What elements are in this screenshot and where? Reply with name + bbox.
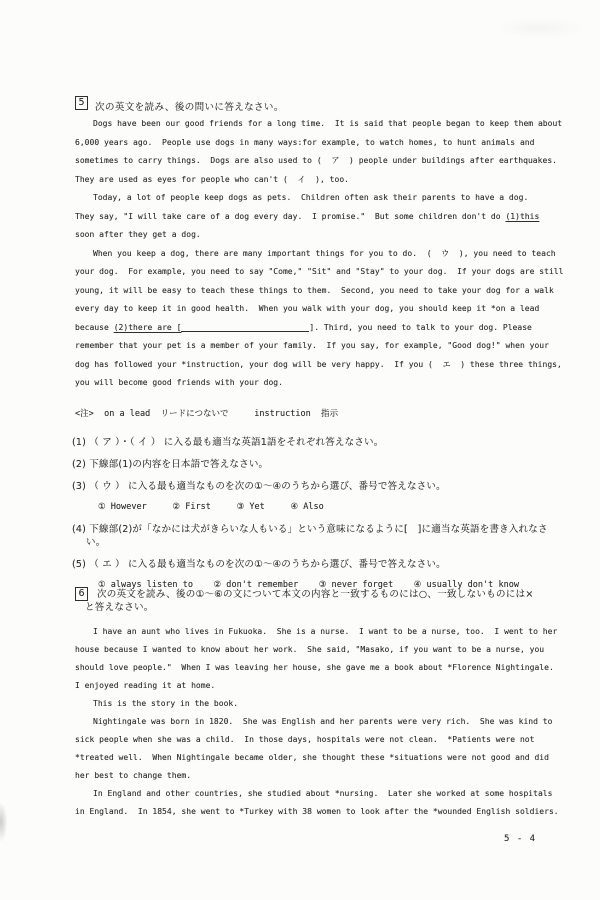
text-line: house because I wanted to know about her… [75,641,543,659]
text-segment: because [75,323,114,332]
fill-in-blank [181,323,309,332]
vocabulary-notes: <注> on a lead リードにつないで instruction 指示 [75,407,550,419]
underlined-phrase-1: (1)this [505,212,539,221]
text-line: your dog. For example, you need to say "… [75,263,550,282]
text-line: in England. In 1854, she went to *Turkey… [75,803,543,821]
text-line: When you keep a dog, there are many impo… [75,245,550,264]
exam-page: 5次の英文を読み、後の問いに答えなさい。 Dogs have been our … [0,0,600,900]
underlined-phrase-2: (2)there are [ [114,323,182,332]
text-line: Today, a lot of people keep dogs as pets… [75,189,550,208]
question-4: (4) 下線部(2)が「なかには犬がきらいな人もいる」という意味になるように[ … [72,523,548,549]
text-line: her best to change them. [75,767,543,785]
section6-passage: I have an aunt who lives in Fukuoka. She… [75,623,543,821]
question-5: (5) （ エ ） に入る最も適当なものを次の①〜④のうちから選び、番号で答えな… [72,558,548,571]
text-line: sometimes to carry things. Dogs are also… [75,152,550,171]
text-line: dog has followed your *instruction, your… [75,356,550,375]
text-line: *treated well. When Nightingale became o… [75,749,543,767]
section6-instruction: 次の英文を読み、後の①〜⑥の文について本文の内容と一致するものには○、一致しない… [85,589,543,614]
section5-questions: (1) （ ア ）・（ イ ） に入る最も適当な英語1語をそれぞれ答えなさい。 … [72,436,548,601]
text-line: soon after they get a dog. [75,226,550,245]
text-line: 6,000 years ago. People use dogs in many… [75,134,550,153]
text-line: I have an aunt who lives in Fukuoka. She… [75,623,543,641]
section5-passage: Dogs have been our good friends for a lo… [75,115,550,393]
text-line: should love people." When I was leaving … [75,659,543,677]
page-number: 5 - 4 [504,834,536,844]
text-segment: ]. Third, you need to talk to your dog. … [309,323,531,332]
text-line: This is the story in the book. [75,695,543,713]
question-1: (1) （ ア ）・（ イ ） に入る最も適当な英語1語をそれぞれ答えなさい。 [72,436,548,449]
text-line: Nightingale was born in 1820. She was En… [75,713,543,731]
text-line: Dogs have been our good friends for a lo… [75,115,550,134]
section6: 次の英文を読み、後の①〜⑥の文について本文の内容と一致するものには○、一致しない… [85,589,543,821]
text-line: They are used as eyes for people who can… [75,171,550,190]
text-line: They say, "I will take care of a dog eve… [75,208,550,227]
question-3: (3) （ ウ ） に入る最も適当なものを次の①〜④のうちから選び、番号で答えな… [72,480,548,493]
text-line: remember that your pet is a member of yo… [75,337,550,356]
section5-number-box: 5 [75,96,88,110]
text-line: In England and other countries, she stud… [75,785,543,803]
text-line: you will become good friends with your d… [75,374,550,393]
section5-instruction: 次の英文を読み、後の問いに答えなさい。 [95,102,284,113]
question-2: (2) 下線部(1)の内容を日本語で答えなさい。 [72,458,548,471]
text-line: because (2)there are []. Third, you need… [75,319,550,338]
question-3-options: ① However ② First ③ Yet ④ Also [98,502,548,513]
text-line: sick people when she was a child. In tho… [75,731,543,749]
text-line: every day to keep it in good health. Whe… [75,300,550,319]
text-line: I enjoyed reading it at home. [75,677,543,695]
section5-heading: 5次の英文を読み、後の問いに答えなさい。 [75,97,550,115]
text-line: young, it will be easy to teach these th… [75,282,550,301]
text-segment: They say, "I will take care of a dog eve… [75,212,505,221]
